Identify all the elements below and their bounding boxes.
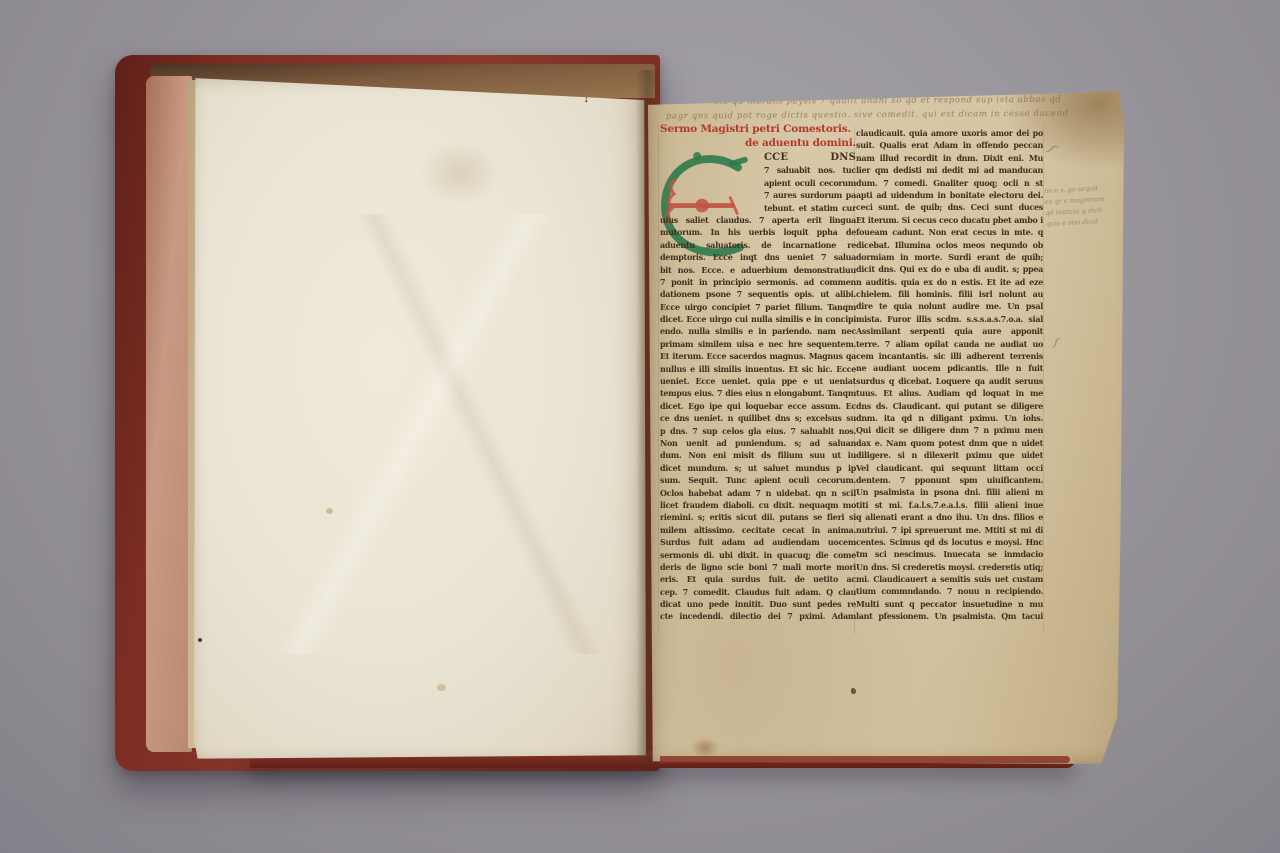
text-line: dationem psone 7 sequentis opis. ut alib… — [660, 288, 856, 300]
text-line: titi st mi. f.a.l.s.7.e.a.l.s. filii ali… — [856, 499, 1043, 511]
text-line: cte incedendi. dilectio dei 7 pximi. Ada… — [660, 610, 856, 622]
text-line: tium commndando. 7 nouu n recipiendo. — [856, 585, 1043, 597]
cover-turn-in — [146, 76, 192, 752]
text-line: cem incantantis. sic illi adherent terre… — [856, 350, 1043, 362]
text-line: dicet. Ego ipe qui loquebar ecce assum. … — [660, 400, 856, 412]
text-line: dentem. 7 pponunt spm uiuificantem. — [856, 474, 1043, 486]
text-line: ceci sunt. de quib; dns. Ceci sunt duces… — [856, 201, 1043, 213]
rubric-heading: Sermo Magistri petri Comestoris. de adue… — [660, 123, 858, 150]
text-line: dire te quia nolunt audire me. Un psal — [856, 300, 1043, 312]
text-line: Vel claudicant. qui sequunt littam occi — [856, 462, 1043, 474]
ink-speck — [851, 688, 856, 694]
text-line: deris de ligno scie boni 7 mali morte mo… — [660, 561, 856, 573]
text-line: dnm. ita qd n diligant pximu. Un iohs. — [856, 412, 1043, 424]
cover-edge-under-right-page — [660, 756, 1070, 763]
text-line: dum. 7 comedi. Gnaliter quoq; ocli n st — [856, 177, 1043, 189]
text-line: p dns. 7 sup celos gla eius. 7 saluabit … — [660, 425, 856, 437]
photo-backdrop: ! hic qd morans paysis 7 qualit anani so… — [0, 0, 1280, 853]
text-line: Oclos habebat adam 7 n uidebat. qn n sci… — [660, 487, 856, 499]
text-line: Et iterum. Ecce sacerdos magnus. Magnus … — [660, 350, 856, 362]
text-line: Et iterum. Si cecus ceco ducatu pbet amb… — [856, 214, 1043, 226]
text-line: apient oculi cecorum — [764, 177, 856, 189]
text-line: diligere. si n dilexerit pximu que uidet — [856, 449, 1043, 461]
text-line: milem altissimo. cecitate cecat in anima… — [660, 524, 856, 536]
text-line: suit. Qualis erat Adam in offendo peccan — [856, 139, 1043, 151]
text-line: Assimilant serpenti quia aure apponit — [856, 325, 1043, 337]
text-line: ce dns ueniet. n quilibet dns s; excelsu… — [660, 412, 856, 424]
text-line: Multi sunt q peccator insuetudine n mu — [856, 598, 1043, 610]
text-line: tm sci nescimus. Inuecata se inmdacio cl… — [856, 548, 1043, 560]
column1-body-lines: uius saliet claudus. 7 aperta erit lingu… — [660, 214, 856, 623]
text-line: riemini. s; eritis sicut dii. putans se … — [660, 511, 856, 523]
text-line: dum. Non eni misit ds filium suu ut iu — [660, 449, 856, 461]
text-line: dax e. Nam quom potest dnm que n uidet — [856, 437, 1043, 449]
text-line: tempus eius. 7 dies eius n elongabunt. T… — [660, 387, 856, 399]
text-line: foueam cadunt. Non erat cecus in mte. q — [856, 226, 1043, 238]
text-line: nullus e illi similis inuentus. Et sic h… — [660, 363, 856, 375]
text-line: ueniet. Ecce ueniet. quia ppe e ut uenia… — [660, 375, 856, 387]
text-line: surdus q dicebat. Loquere qa audit seruu… — [856, 375, 1043, 387]
text-line: 7 ponit in principio sermonis. ad commen — [660, 276, 856, 288]
text-line: Un psalmista in psona dni. filii alieni … — [856, 486, 1043, 498]
text-line: 7 aures surdorum pa — [764, 189, 856, 201]
text-line: Qui dicit se diligere dnm 7 n pximu men — [856, 424, 1043, 436]
pen-squiggle: ſ — [1053, 336, 1060, 350]
text-line: Un dns. Si crederetis moysi. crederetis … — [856, 561, 1043, 573]
text-line: dicet. Ecce uirgo cui nulla similis e in… — [660, 313, 856, 325]
text-column-1: CCE DNS UENIET7 saluabit nos. tucapient … — [660, 152, 856, 623]
wormhole — [198, 638, 202, 642]
text-line: demptoris. Ecce inqt dns ueniet 7 salua — [660, 251, 856, 263]
text-line: endo. nulla similis e in pariendo. nam n… — [660, 325, 856, 337]
text-line: dicat uno pede innitit. Duo sunt pedes r… — [660, 598, 856, 610]
text-line: Surdus fuit adam ad audiendam uocem — [660, 536, 856, 548]
left-page-blank-parchment: ! — [194, 74, 646, 760]
text-line: uius saliet claudus. 7 aperta erit lingu… — [660, 214, 856, 226]
text-column-2: claudicauit. quia amore uxoris amor dei … — [856, 127, 1043, 623]
text-line: dicit dns. Qui ex do e uba di audit. s; … — [856, 263, 1043, 275]
right-margin-gloss: no e s. go sequitea qr e magrorumqd iust… — [1044, 182, 1124, 230]
text-line: eris. Et quia surdus fuit. de uetito ac — [660, 573, 856, 585]
text-line: sermonis di. ubi dixit. in quacuq; die c… — [660, 549, 856, 561]
text-line: mista. Furor illis scdm. s.s.s.a.s.7.o.a… — [856, 313, 1043, 325]
bottom-stain — [692, 738, 718, 758]
text-line: tebunt. et statim cur — [764, 202, 856, 214]
parchment-spot — [326, 508, 333, 514]
column1-indented-lines: CCE DNS UENIET7 saluabit nos. tucapient … — [764, 152, 856, 214]
text-line: dicet mundum. s; ut saluet mundus p ip — [660, 462, 856, 474]
text-line: lier qm dedisti mi dedit mi ad manducan — [856, 164, 1043, 176]
text-line: Ecce uirgo concipiet 7 pariet filium. Ta… — [660, 301, 856, 313]
text-line: nam illud recordit in dnm. Dixit eni. Mu — [856, 152, 1043, 164]
text-line: apti ad uidendum in bonitate electoru de… — [856, 189, 1043, 201]
text-line: mi. Claudicauert a semitis suis uet cust… — [856, 573, 1043, 585]
text-line: n auditis. quia ex do n estis. Et ite ad… — [856, 276, 1043, 288]
text-line: centes. Scimus qd ds locutus e moysi. Hn… — [856, 536, 1043, 548]
text-line: ne audiant uocem pdicantis. Ille n fuit — [856, 362, 1043, 374]
text-line: q alienati erant a dno ihu. Un dns. fili… — [856, 511, 1043, 523]
text-line: lant pfessionem. Un psalmista. Qm tacui — [856, 610, 1043, 622]
text-line: bit nos. Ecce. e aduerbium demonstratiuu — [660, 264, 856, 276]
text-line: CCE DNS UENIET — [764, 152, 856, 164]
top-margin-gloss: hic qd morans paysis 7 qualit anani so q… — [666, 92, 1108, 123]
text-line: dns ds. Claudicant. qui putant se dilige… — [856, 400, 1043, 412]
parchment-spot — [437, 684, 446, 691]
rubric-line: de aduentu domini. — [660, 137, 858, 151]
right-page-text-parchment: hic qd morans paysis 7 qualit anani so q… — [648, 90, 1124, 764]
text-line: nutriui. 7 ipi spreuerunt me. Mtiti st m… — [856, 524, 1043, 536]
text-line: mutorum. In his uerbis loquit ppha de — [660, 226, 856, 238]
parchment-crease — [224, 214, 604, 654]
text-line: chielem. fili hominis. filii isrl nolunt… — [856, 288, 1043, 300]
text-line: dormiam in morte. Surdi erant de quib; — [856, 251, 1043, 263]
parchment-smudge — [418, 140, 502, 206]
text-line: Non uenit ad puniendum. s; ad saluan — [660, 437, 856, 449]
text-line: terre. 7 aliam opilat cauda ne audiat uo — [856, 338, 1043, 350]
text-line: primam similem uisa e nec hre sequentem. — [660, 338, 856, 350]
text-line: claudicauit. quia amore uxoris amor dei … — [856, 127, 1043, 139]
text-line: dicebat. Illumina oclos meos nequndo ob — [856, 239, 1043, 251]
text-line: sum. Sequit. Tunc apient oculi cecorum. — [660, 474, 856, 486]
text-line: cep. 7 comedit. Claudus fuit adam. Q cla… — [660, 586, 856, 598]
rubric-line: Sermo Magistri petri Comestoris. — [660, 123, 858, 137]
text-line: aduentu saluatoris. de incarnatione re — [660, 239, 856, 251]
text-line: licet fraudem diaboli. cu dixit. nequaqm… — [660, 499, 856, 511]
text-line: tuus. Et alius. Audiam qd loquat in me — [856, 387, 1043, 399]
text-line: 7 saluabit nos. tuc — [764, 164, 856, 176]
